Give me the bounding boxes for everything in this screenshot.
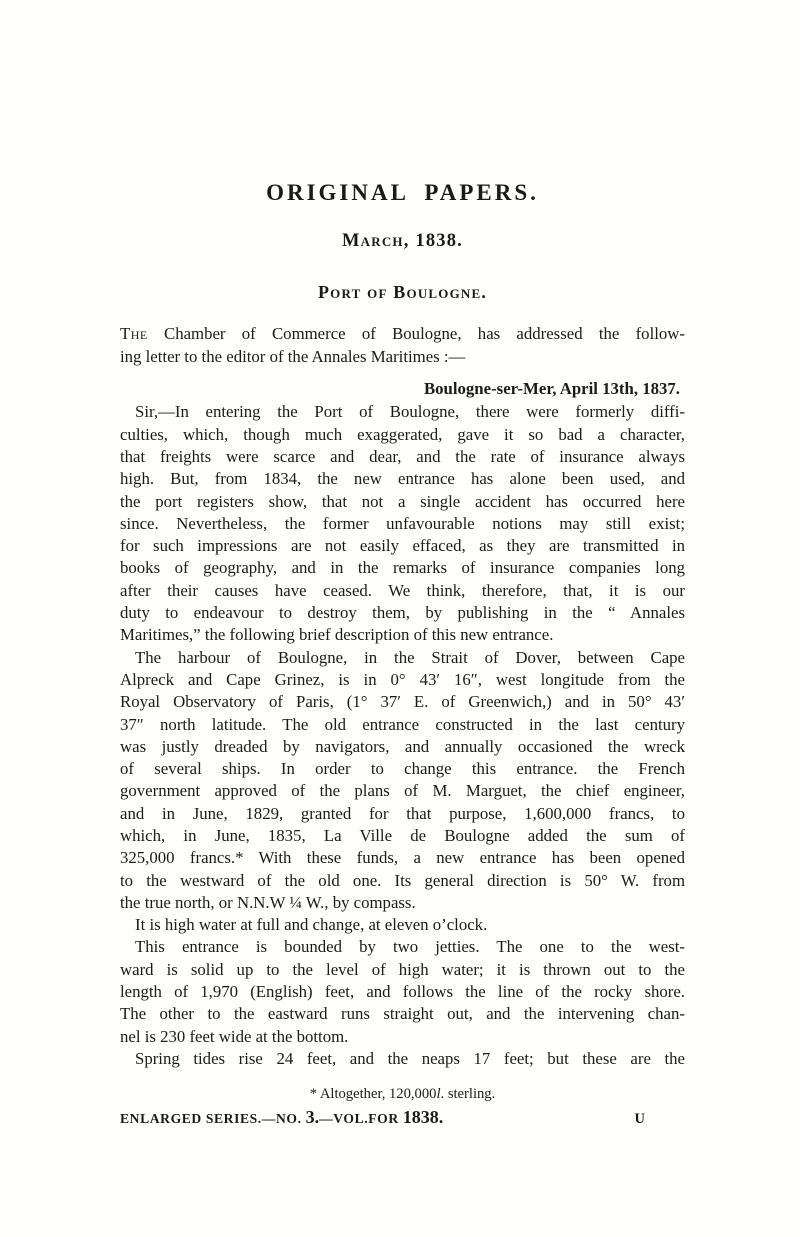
text-line: The harbour of Boulogne, in the Strait o… <box>120 647 685 669</box>
text-line: culties, which, though much exaggerated,… <box>120 424 685 446</box>
imprint-year: 1838. <box>403 1107 444 1127</box>
scanned-document-page: ORIGINAL PAPERS. March, 1838. Port of Bo… <box>0 0 800 1237</box>
text-line: of several ships. In order to change thi… <box>120 758 685 780</box>
page-title: ORIGINAL PAPERS. <box>120 181 685 205</box>
text-line: nel is 230 feet wide at the bottom. <box>120 1026 685 1048</box>
text-line: the true north, or N.N.W ¼ W., by compas… <box>120 892 685 914</box>
footnote-text-before: Altogether, 120,000 <box>317 1086 436 1102</box>
text-block: ORIGINAL PAPERS. March, 1838. Port of Bo… <box>120 181 685 1128</box>
printer-signature-mark: U <box>635 1111 645 1128</box>
text-line: ward is solid up to the level of high wa… <box>120 959 685 981</box>
text-line: duty to endeavour to destroy them, by pu… <box>120 602 685 624</box>
text-line: Alpreck and Cape Grinez, is in 0° 43′ 16… <box>120 669 685 691</box>
text-line: the port registers show, that not a sing… <box>120 491 685 513</box>
text-line: The Chamber of Commerce of Boulogne, has… <box>120 323 685 345</box>
text-line: was justly dreaded by navigators, and an… <box>120 736 685 758</box>
text-line: and in June, 1829, granted for that purp… <box>120 803 685 825</box>
body-text: The Chamber of Commerce of Boulogne, has… <box>120 323 685 1070</box>
letter-dateline: Boulogne-ser-Mer, April 13th, 1837. <box>120 378 685 400</box>
footnote-text-after: . sterling. <box>441 1086 496 1102</box>
text-line: ing letter to the editor of the Annales … <box>120 346 685 368</box>
text-line: books of geography, and in the remarks o… <box>120 557 685 579</box>
text-line: Spring tides rise 24 feet, and the neaps… <box>120 1048 685 1070</box>
small-caps-lead-word: The <box>120 324 148 343</box>
text-line: Maritimes,” the following brief descript… <box>120 624 685 646</box>
text-line: It is high water at full and change, at … <box>120 914 685 936</box>
text-line: length of 1,970 (English) feet, and foll… <box>120 981 685 1003</box>
text-line: for such impressions are not easily effa… <box>120 535 685 557</box>
imprint-series-2: —VOL.FOR <box>319 1111 403 1126</box>
text-line: Royal Observatory of Paris, (1° 37′ E. o… <box>120 691 685 713</box>
footer-imprint-row: ENLARGED SERIES.—NO. 3.—VOL.FOR 1838. U <box>120 1107 685 1128</box>
text-line: that freights were scarce and dear, and … <box>120 446 685 468</box>
text-line: high. But, from 1834, the new entrance h… <box>120 468 685 490</box>
imprint-number: 3. <box>306 1107 320 1127</box>
imprint-series-1: ENLARGED SERIES.—NO. <box>120 1111 306 1126</box>
text-line: The other to the eastward runs straight … <box>120 1003 685 1025</box>
text-line: 325,000 francs.* With these funds, a new… <box>120 847 685 869</box>
text-line: to the westward of the old one. Its gene… <box>120 870 685 892</box>
article-title: Port of Boulogne. <box>120 283 685 302</box>
imprint-line: ENLARGED SERIES.—NO. 3.—VOL.FOR 1838. <box>120 1107 443 1128</box>
text-line: government approved of the plans of M. M… <box>120 780 685 802</box>
issue-date-heading: March, 1838. <box>120 232 685 251</box>
text-line: This entrance is bounded by two jetties.… <box>120 936 685 958</box>
text-line: 37″ north latitude. The old entrance con… <box>120 714 685 736</box>
text-line: which, in June, 1835, La Ville de Boulog… <box>120 825 685 847</box>
text-line: after their causes have ceased. We think… <box>120 580 685 602</box>
footnote-marker: * <box>310 1086 317 1102</box>
text-line: since. Nevertheless, the former unfavour… <box>120 513 685 535</box>
text-line: Sir,—In entering the Port of Boulogne, t… <box>120 401 685 423</box>
footnote: * Altogether, 120,000l. sterling. <box>120 1085 685 1103</box>
